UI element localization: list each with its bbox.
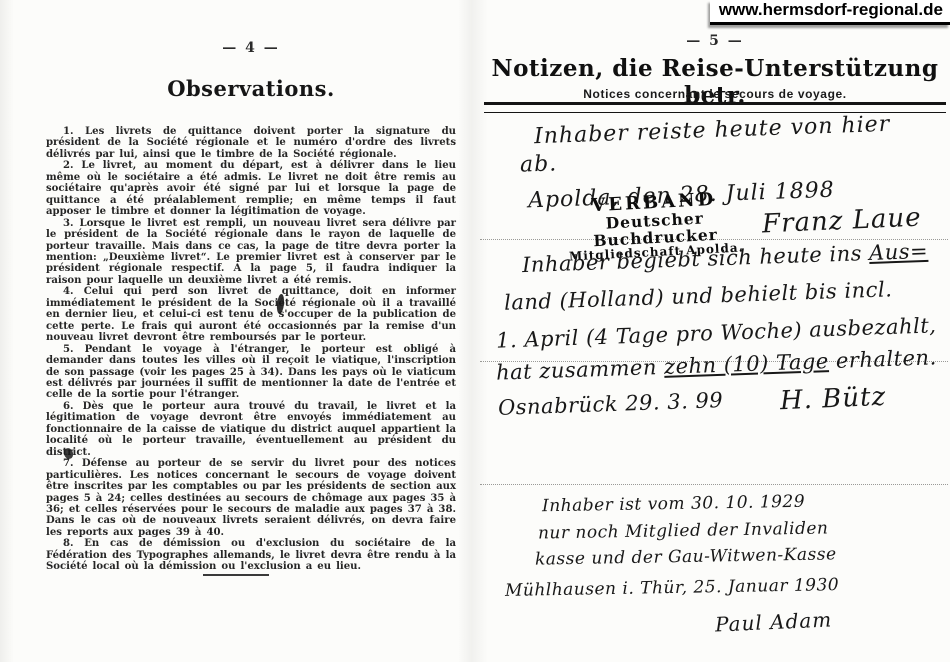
scanned-document: www.hermsdorf-regional.de — 4 — Observat… bbox=[0, 0, 950, 662]
observation-paragraph-1: 1. Les livrets de quittance doivent port… bbox=[46, 126, 456, 160]
entry-divider-line bbox=[480, 484, 948, 485]
observation-paragraph-8: 8. En cas de démission ou d'exclusion du… bbox=[46, 538, 456, 572]
right-page-number: — 5 — bbox=[480, 33, 950, 49]
observation-paragraph-5: 5. Pendant le voyage à l'étranger, le po… bbox=[46, 344, 456, 401]
observations-text: 1. Les livrets de quittance doivent port… bbox=[46, 126, 456, 573]
section-end-rule bbox=[203, 574, 269, 576]
observations-title: Observations. bbox=[46, 76, 456, 101]
handwriting-entry1-line2: ab. bbox=[520, 151, 558, 177]
left-page-number: — 4 — bbox=[46, 40, 456, 56]
observation-paragraph-3: 3. Lorsque le livret est rempli, un nouv… bbox=[46, 218, 456, 287]
scan-left-edge-shade bbox=[0, 0, 14, 662]
handwriting-entry2-place-date: Osnabrück 29. 3. 99 bbox=[498, 388, 724, 420]
entry2-line4-end: erhalten. bbox=[828, 345, 937, 373]
handwriting-entry3-line1: Inhaber ist vom 30. 10. 1929 bbox=[542, 492, 805, 517]
observation-paragraph-7: 7. Défense au porteur de se servir du li… bbox=[46, 458, 456, 538]
notices-heading-french: Notices concernant le secours de voyage. bbox=[480, 87, 950, 101]
handwriting-entry2-line2: land (Holland) und behielt bis incl. bbox=[504, 277, 893, 315]
handwriting-entry2-line4: hat zusammen zehn (10) Tage erhalten. bbox=[496, 345, 937, 384]
handwriting-entry1-signature: Franz Laue bbox=[761, 203, 922, 240]
handwriting-entry3-line4: Mühlhausen i. Thür, 25. Januar 1930 bbox=[505, 575, 839, 601]
handwriting-entry3-line2: nur noch Mitglied der Invaliden bbox=[538, 518, 829, 543]
entry2-line4-underlined: zehn (10) Tage bbox=[664, 349, 830, 379]
handwriting-entry3-signature: Paul Adam bbox=[715, 607, 833, 636]
entry2-line4-text: hat zusammen bbox=[496, 355, 665, 385]
handwriting-entry2-signature: H. Bütz bbox=[779, 382, 886, 417]
right-page: — 5 — Notizen, die Reise-Unterstützung b… bbox=[480, 0, 950, 662]
handwriting-entry3-line3: kasse und der Gau-Witwen-Kasse bbox=[535, 544, 837, 569]
observation-paragraph-6: 6. Dès que le porteur aura trouvé du tra… bbox=[46, 401, 456, 458]
observation-paragraph-2: 2. Le livret, au moment du départ, est à… bbox=[46, 160, 456, 217]
observation-paragraph-4: 4. Celui qui perd son livret de quittanc… bbox=[46, 286, 456, 343]
handwriting-entry1-line1: Inhaber reiste heute von hier bbox=[534, 112, 891, 149]
entry2-line1-underlined: Aus= bbox=[869, 239, 929, 265]
